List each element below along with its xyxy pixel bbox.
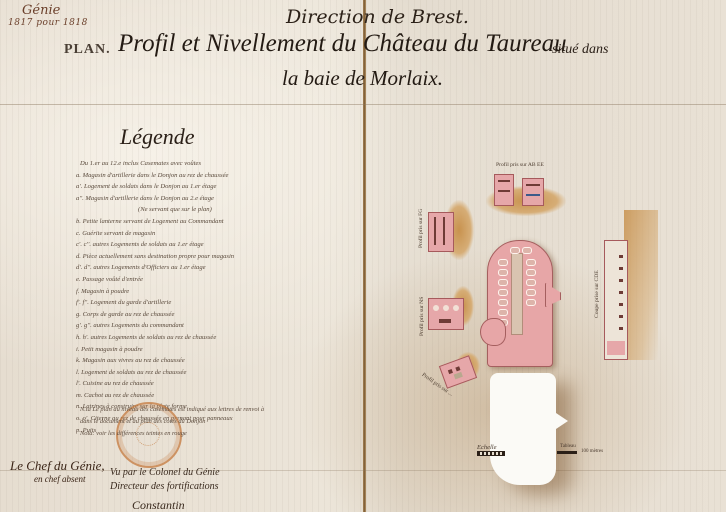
- direction-title: Direction de Brest.: [286, 6, 469, 28]
- profile-ab-label: Profil pris sur AB EE: [496, 162, 544, 168]
- legend-item: d'. d''. autres Logements d'Officiers au…: [76, 262, 336, 274]
- horizontal-fold-line: [0, 104, 726, 105]
- legend-item: k. Magasin aux vivres au rez de chaussée: [76, 355, 336, 367]
- scale-unit: 100 mètres: [581, 449, 603, 454]
- legend-title: Légende: [120, 124, 195, 150]
- legend-item: d. Pièce actuellement sans destination p…: [76, 251, 336, 263]
- rock-cut-cd: [624, 210, 658, 360]
- lower-fold-line: [0, 470, 726, 471]
- signature-name: Constantin: [132, 498, 198, 512]
- legend-item: f. Magasin à poudre: [76, 286, 336, 298]
- legend-item: (Ne servant que sur le plan): [76, 204, 336, 216]
- legend-item: g'. g''. autres Logements du commandant: [76, 320, 336, 332]
- legend-item: Du 1.er au 12.e inclus Casemates avec vo…: [76, 158, 336, 170]
- signature-line2: Directeur des fortifications: [110, 481, 219, 492]
- scale-bar: [477, 451, 505, 456]
- chateau-floor-plan: [487, 240, 553, 367]
- plan-label: PLAN.: [64, 42, 111, 58]
- note-line: N.ta Le plan au niveau des casemates est…: [80, 404, 340, 416]
- tower-profile-ab-left: [494, 174, 514, 206]
- legend-item: m. Cachot au rez de chaussée: [76, 390, 336, 402]
- legend-item: c. Guérite servant de magasin: [76, 228, 336, 240]
- corner-note-years: 1817 pour 1818: [8, 17, 88, 30]
- profile-fg-label: Profil pris sur FG: [418, 209, 424, 248]
- signature-chef-genie: Le Chef du Génie, en chef absent: [10, 458, 105, 474]
- signature-line1: Vu par le Colonel du Génie: [110, 467, 220, 478]
- chateau-plan-bastion: [480, 318, 506, 346]
- legend-item: l'. Cuisine au rez de chaussée: [76, 378, 336, 390]
- legend-item: a'. Logement de soldats dans le Donjon a…: [76, 181, 336, 193]
- legend-item: a''. Magasin d'artillerie dans le Donjon…: [76, 193, 336, 205]
- legend-item: c'. c''. autres Logements de soldats au …: [76, 239, 336, 251]
- legend-list: Du 1.er au 12.e inclus Casemates avec vo…: [76, 158, 336, 436]
- scale-label: Echelle: [477, 444, 497, 451]
- legend-item: a. Magasin d'artillerie dans le Donjon a…: [76, 170, 336, 182]
- legend-notes: N.ta Le plan au niveau des casemates est…: [80, 404, 340, 440]
- corner-note-genie: Génie: [22, 4, 88, 17]
- scale-note: Tableau: [560, 444, 576, 449]
- note-line: dans le document et au plan des cotes du…: [80, 416, 340, 428]
- tower-profile-ab-right: [522, 178, 544, 206]
- signature-colonel: Vu par le Colonel du Génie Directeur des…: [110, 466, 220, 512]
- title-location: la baie de Morlaix.: [282, 66, 443, 91]
- legend-item: h. h'. autres Logements de soldats au re…: [76, 332, 336, 344]
- legend-item: b. Petite lanterne servant de Logement a…: [76, 216, 336, 228]
- scale-bar-right: [557, 451, 577, 454]
- cut-cd-label: Coupe prise sur CDE: [594, 270, 600, 318]
- profile-ns-label: Profil pris sur NS: [419, 297, 425, 336]
- signature-subtitle: en chef absent: [34, 474, 85, 484]
- title-suffix: situé dans: [552, 42, 608, 58]
- tower-profile-ns: [428, 298, 464, 330]
- legend-item: i. Petit magasin à poudre: [76, 344, 336, 356]
- legend-item: e. Passage voûté d'entrée: [76, 274, 336, 286]
- pasted-paper-flap: [490, 373, 556, 485]
- legend-item: l. Logement de soldats au rez de chaussé…: [76, 367, 336, 379]
- corner-note: Génie 1817 pour 1818: [8, 4, 88, 30]
- document-title: Profil et Nivellement du Château du Taur…: [118, 30, 567, 58]
- legend-item: g. Corps de garde au rez de chaussée: [76, 309, 336, 321]
- tower-profile-fg: [428, 212, 454, 252]
- building-cut-cd: [604, 240, 628, 360]
- legend-item: f'. f''. Logement du garde d'artillerie: [76, 297, 336, 309]
- signature-title: Le Chef du Génie,: [10, 458, 105, 473]
- note-line: Nota: voir les différences teintes en ro…: [80, 428, 340, 440]
